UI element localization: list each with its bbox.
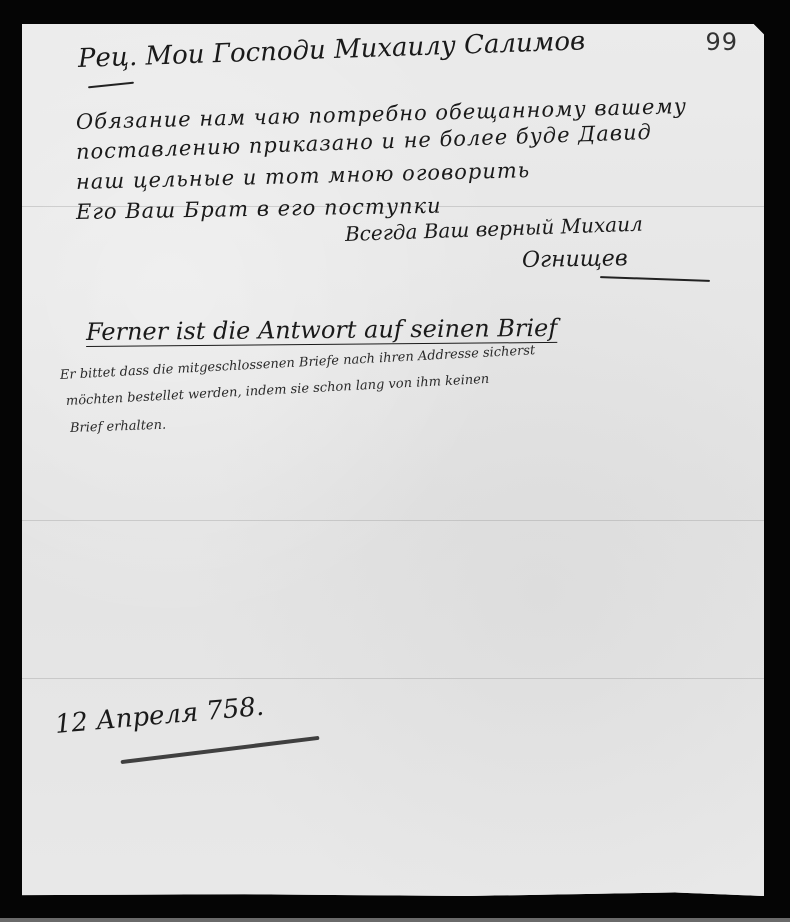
paper-fold-line bbox=[22, 520, 764, 521]
annotation-heading: Ferner ist die Antwort auf seinen Brief bbox=[86, 314, 557, 346]
scan-border bbox=[0, 918, 790, 922]
letter-signature: Огнищев bbox=[522, 246, 628, 273]
page-number: 99 bbox=[705, 28, 738, 56]
paper-fold-line bbox=[22, 678, 764, 679]
